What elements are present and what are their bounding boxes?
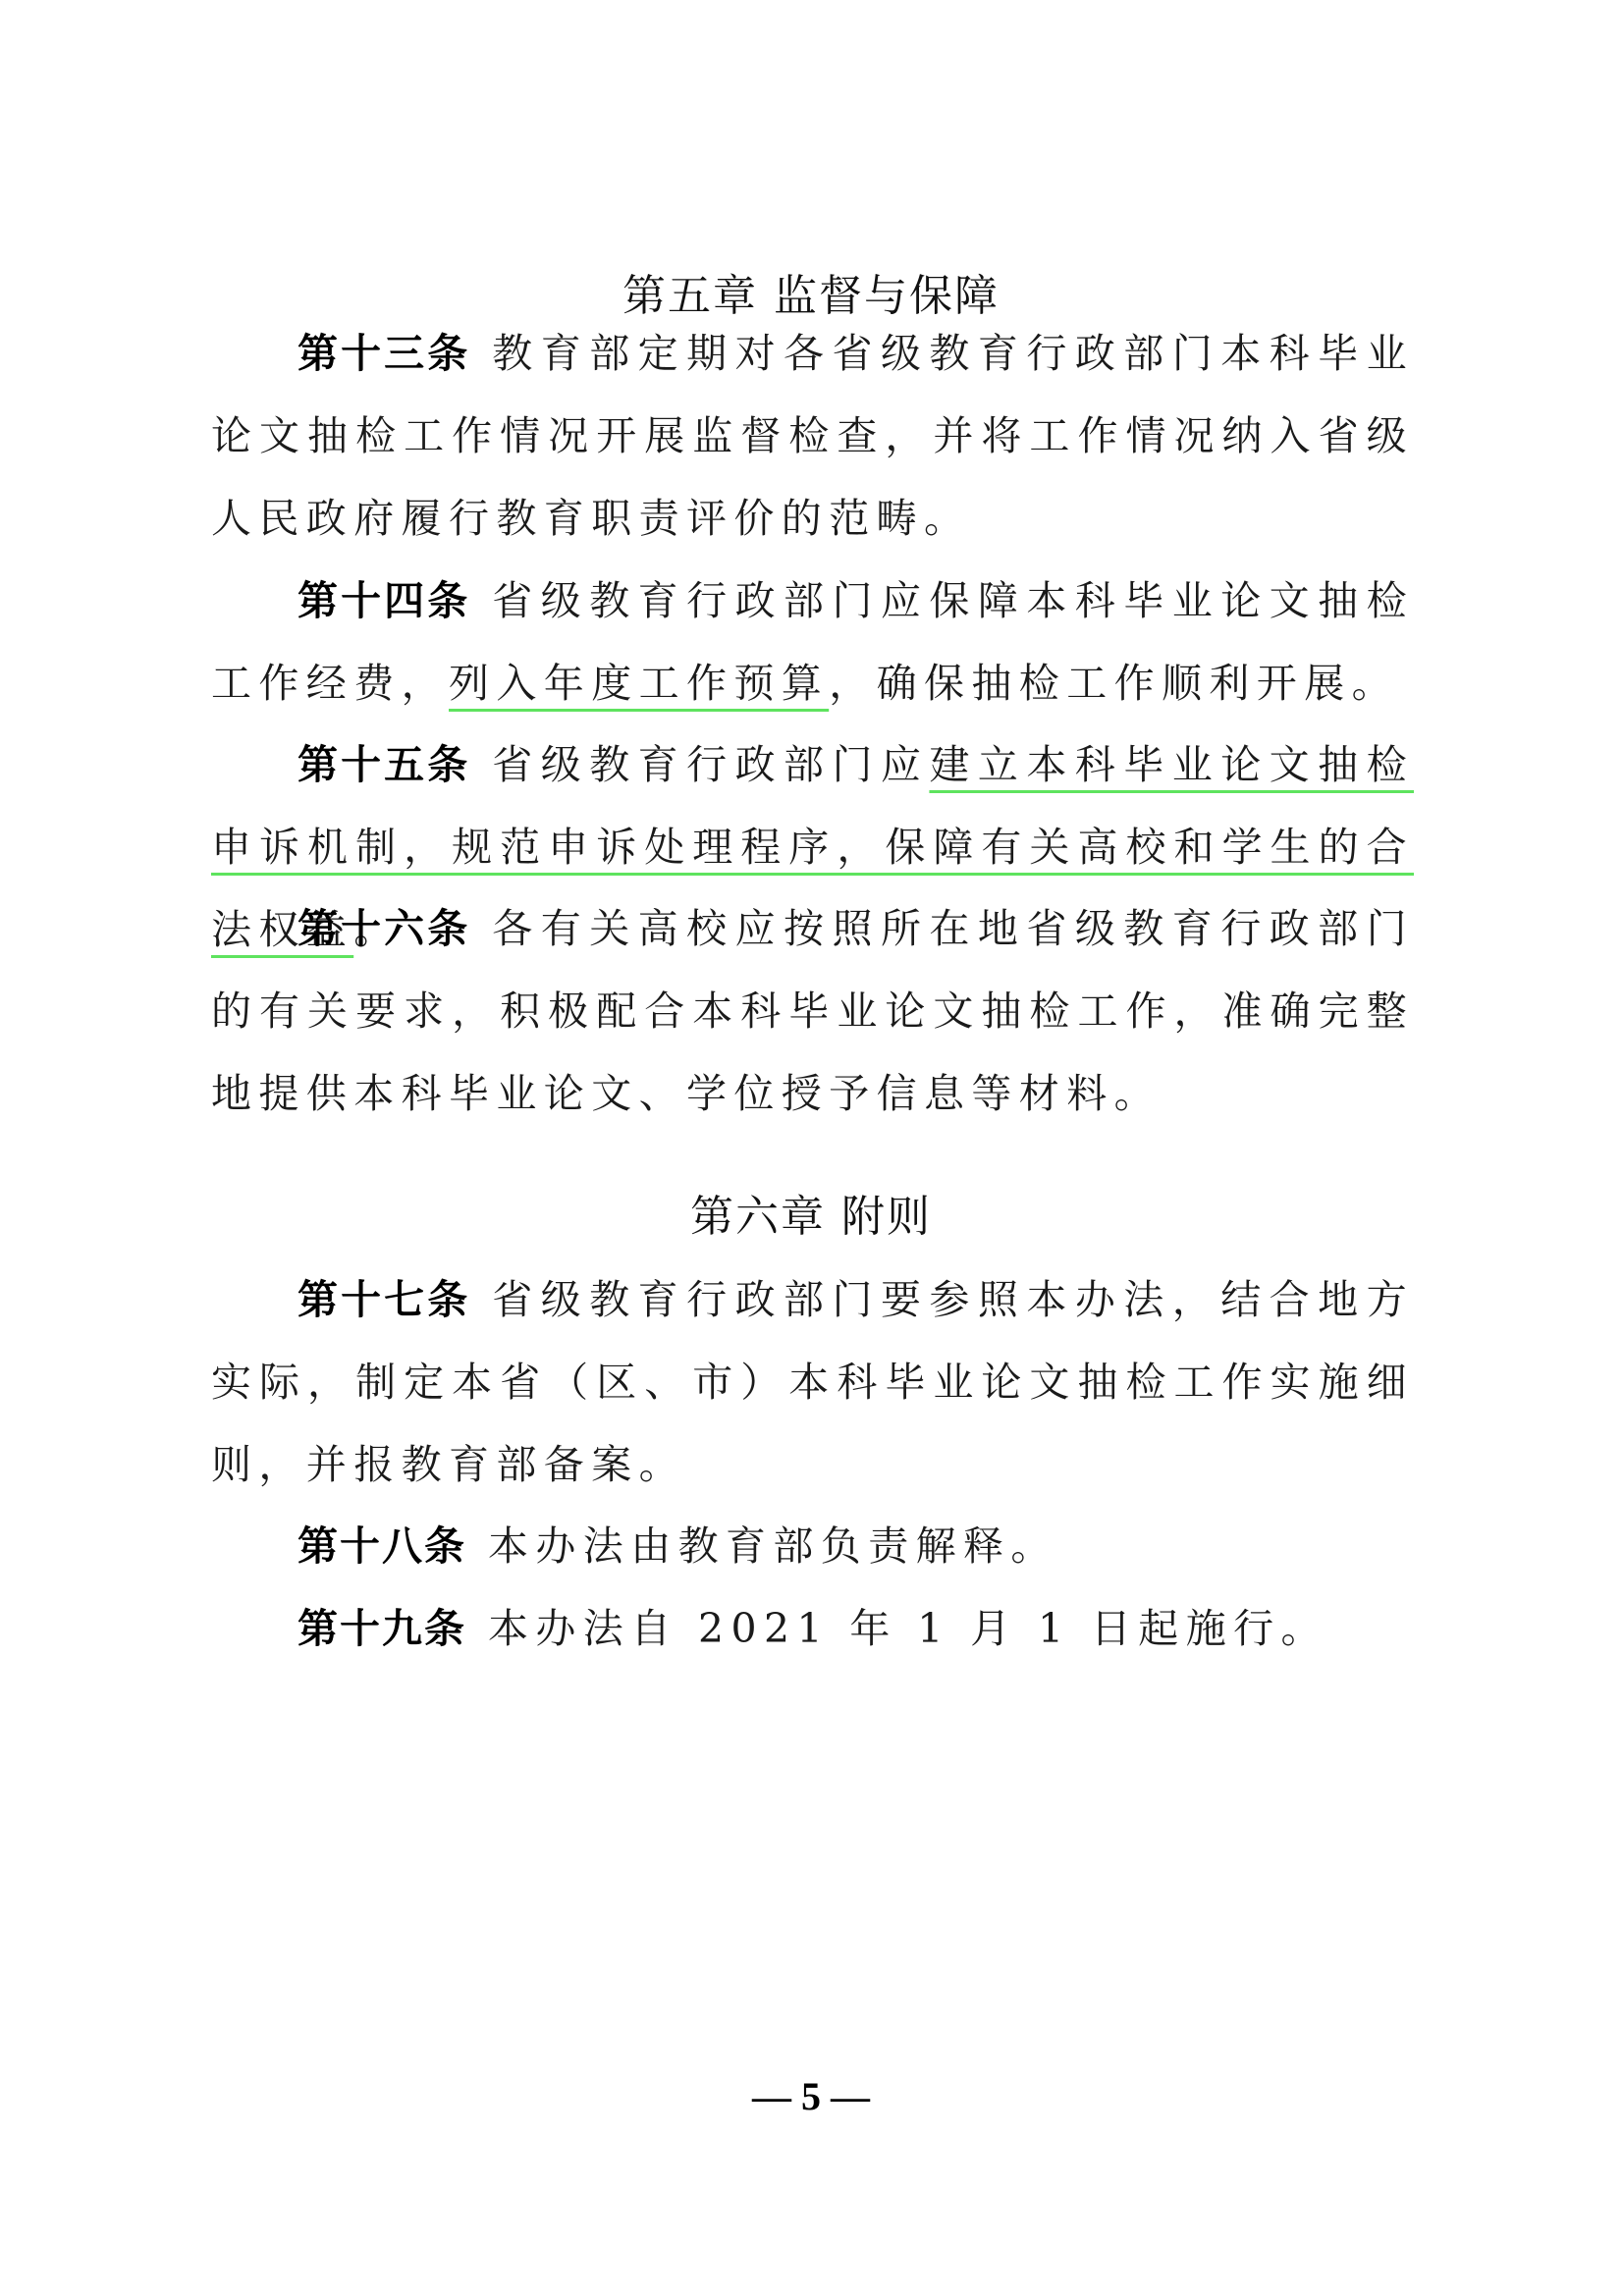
article-label: 第十六条 (297, 905, 470, 952)
article-16: 第十六条各有关高校应按照所在地省级教育行政部门的有关要求，积极配合本科毕业论文抽… (211, 887, 1414, 1135)
article-label: 第十五条 (297, 741, 470, 788)
article-text: 本办法由教育部负责解释。 (488, 1522, 1058, 1570)
article-text: 本办法自 2021 年 1 月 1 日起施行。 (488, 1605, 1328, 1652)
article-18: 第十八条本办法由教育部负责解释。 (211, 1505, 1414, 1587)
article-17: 第十七条省级教育行政部门要参照本办法，结合地方实际，制定本省（区、市）本科毕业论… (211, 1258, 1414, 1506)
chapter-six-heading: 第六章 附则 (0, 1188, 1622, 1247)
document-page: 第五章 监督与保障 第十三条教育部定期对各省级教育行政部门本科毕业论文抽检工作情… (0, 0, 1622, 2296)
article-19: 第十九条本办法自 2021 年 1 月 1 日起施行。 (211, 1587, 1414, 1670)
article-13: 第十三条教育部定期对各省级教育行政部门本科毕业论文抽检工作情况开展监督检查，并将… (211, 312, 1414, 560)
article-text: 省级教育行政部门应 (492, 741, 929, 788)
article-label: 第十八条 (297, 1522, 466, 1570)
article-label: 第十四条 (297, 577, 470, 624)
page-number: — 5 — (0, 2073, 1622, 2119)
article-14: 第十四条省级教育行政部门应保障本科毕业论文抽检工作经费，列入年度工作预算，确保抽… (211, 560, 1414, 724)
highlighted-text: 列入年度工作预算 (449, 660, 829, 707)
article-label: 第十七条 (297, 1276, 470, 1323)
article-label: 第十三条 (297, 330, 470, 377)
article-label: 第十九条 (297, 1605, 466, 1652)
article-text: ，确保抽检工作顺利开展。 (829, 660, 1399, 707)
